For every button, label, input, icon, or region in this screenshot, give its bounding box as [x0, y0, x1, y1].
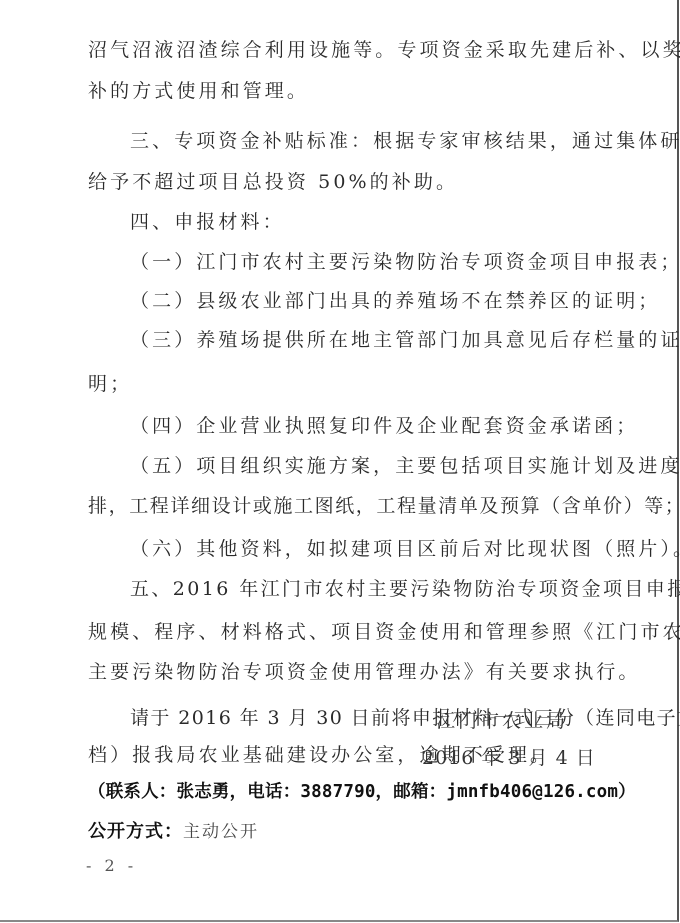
list-item-6: （六）其他资料，如拟建项目区前后对比现状图（照片）。: [130, 537, 680, 561]
list-item-2: （二）县级农业部门出具的养殖场不在禁养区的证明；: [130, 289, 660, 313]
list-item-3: （三）养殖场提供所在地主管部门加具意见后存栏量的证: [130, 328, 680, 352]
body-line: 规模、程序、材料格式、项目资金使用和管理参照《江门市农村: [88, 620, 680, 644]
list-item-4: （四）企业营业执照复印件及企业配套资金承诺函；: [130, 414, 638, 438]
issue-date: 2016 年 3 月 4 日: [422, 746, 596, 770]
body-line: 给予不超过项目总投资 50%的补助。: [88, 170, 458, 194]
body-line: 沼气沼液沼渣综合利用设施等。专项资金采取先建后补、以奖代: [88, 38, 680, 62]
list-item-1: （一）江门市农村主要污染物防治专项资金项目申报表；: [130, 250, 680, 274]
list-item-5: （五）项目组织实施方案，主要包括项目实施计划及进度安: [130, 454, 680, 478]
issuer-name: 江门市农业局: [436, 709, 568, 733]
disclosure-label: 公开方式：: [88, 821, 183, 842]
section-heading-5: 五、2016 年江门市农村主要污染物防治专项资金项目申报: [130, 577, 680, 601]
disclosure-line: 公开方式：主动公开: [88, 819, 259, 844]
body-line: 主要污染物防治专项资金使用管理办法》有关要求执行。: [88, 660, 641, 684]
contact-info: （联系人：张志勇，电话：3887790，邮箱：jmnfb406@126.com）: [88, 780, 636, 804]
disclosure-value: 主动公开: [183, 822, 259, 842]
body-line: 补的方式使用和管理。: [88, 79, 309, 103]
body-line: 排，工程详细设计或施工图纸，工程量清单及预算（含单价）等；: [88, 494, 680, 518]
document-page: 沼气沼液沼渣综合利用设施等。专项资金采取先建后补、以奖代 补的方式使用和管理。 …: [0, 0, 679, 922]
deadline-paragraph: 请于 2016 年 3 月 30 日前将申报材料一式三份（连同电子文: [130, 706, 680, 730]
section-heading-4: 四、申报材料：: [130, 210, 285, 234]
page-number: - 2 -: [86, 854, 137, 878]
body-line: 明；: [88, 372, 132, 396]
section-heading-3: 三、专项资金补贴标准：根据专家审核结果，通过集体研究: [130, 129, 680, 153]
